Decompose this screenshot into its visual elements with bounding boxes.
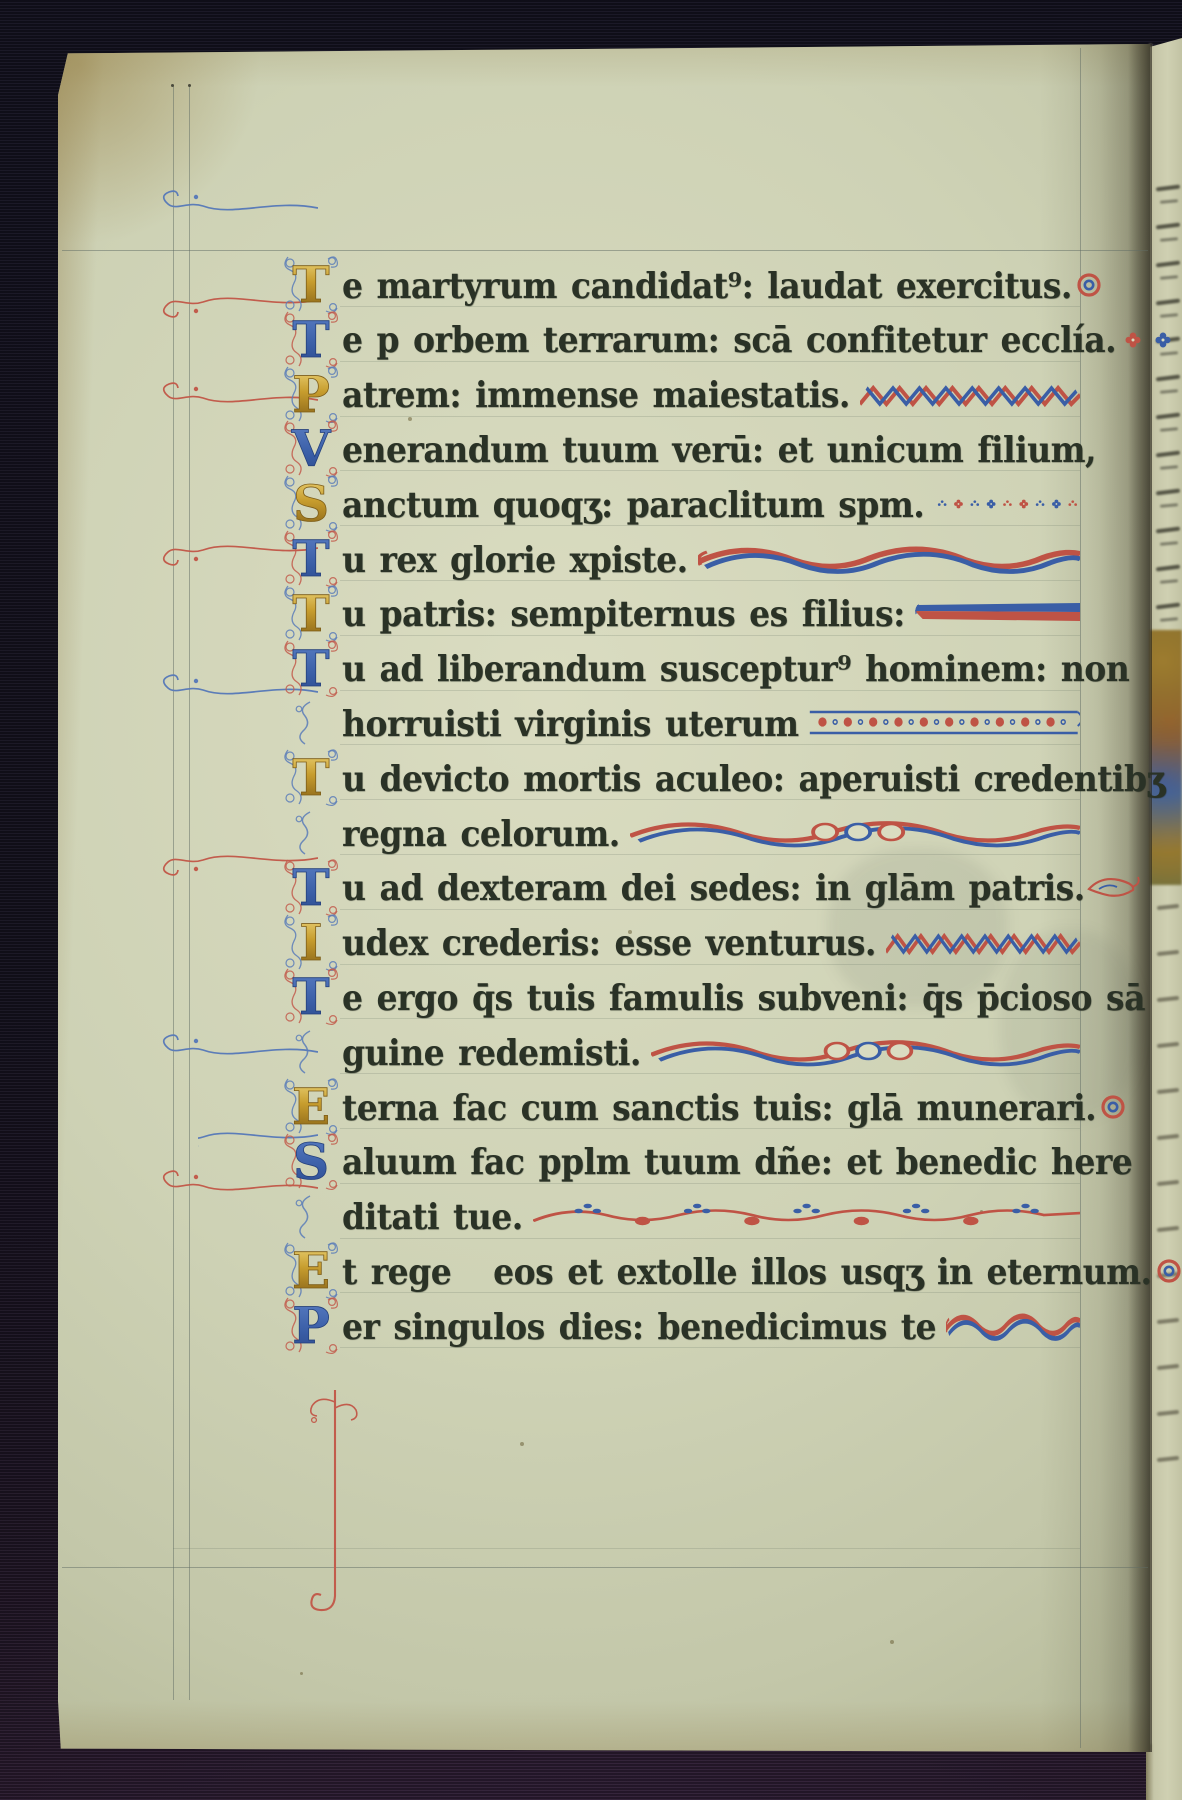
- text-line: udex crederis: esse venturus.: [342, 918, 1080, 968]
- illuminated-initial-letter: T: [292, 584, 329, 643]
- illuminated-initial-letter: S: [293, 1132, 329, 1191]
- line-filler-ring-ornament: [1096, 1091, 1132, 1123]
- illuminated-initial-letter: P: [292, 365, 330, 424]
- line-filler-flowers2-ornament: [1116, 324, 1182, 356]
- illuminated-initial-letter: E: [292, 1241, 330, 1300]
- ruling-line: [173, 86, 174, 1700]
- manuscript-text: guine redemisti.: [342, 1031, 641, 1073]
- manuscript-text: enerandum tuum verū: et unicum filium,: [342, 429, 1096, 471]
- illuminated-initial: P: [278, 1294, 344, 1358]
- line-filler-chevron-ornament: [860, 379, 1080, 411]
- illuminated-initial-letter: T: [292, 967, 329, 1026]
- line-filler-dotbar-ornament: [808, 707, 1080, 739]
- manuscript-text: terna fac cum sanctis tuis: glā munerari…: [342, 1086, 1096, 1128]
- marginal-flourish: [108, 1030, 318, 1074]
- manuscript-text: u patris: sempiternus es filius:: [342, 593, 905, 635]
- text-line: u patris: sempiternus es filius:: [342, 589, 1080, 639]
- manuscript-text: horruisti virginis uterum: [342, 703, 798, 745]
- stain-speck: [890, 1640, 894, 1644]
- text-line: ditati tue.: [342, 1192, 1080, 1242]
- line-filler-quatrow-ornament: [934, 488, 1080, 520]
- text-line: guine redemisti.: [342, 1027, 1080, 1077]
- line-filler-scrollrings-ornament: [651, 1036, 1080, 1068]
- marginal-flourish: [148, 186, 318, 230]
- illuminated-initial-letter: E: [292, 1077, 330, 1136]
- illuminated-initial-letter: T: [292, 529, 329, 588]
- illuminated-initial: T: [278, 746, 344, 810]
- line-filler-chevron-ornament: [886, 927, 1080, 959]
- text-line: anctum quoqʒ: paraclitum spm.: [342, 479, 1080, 529]
- stain-speck: [300, 1672, 303, 1675]
- line-filler-vine-ornament: [533, 1201, 1080, 1233]
- line-filler-scrollrings-ornament: [630, 817, 1080, 849]
- illuminated-initial: T: [278, 637, 344, 701]
- manuscript-text: er singulos dies: benedicimus te: [342, 1305, 936, 1347]
- penwork-bracket: [292, 810, 318, 860]
- ruling-line: [62, 250, 1148, 251]
- manuscript-text: anctum quoqʒ: paraclitum spm.: [342, 483, 924, 525]
- line-filler-bar-ornament: [915, 598, 1080, 630]
- penwork-bracket: [292, 1194, 318, 1244]
- manuscript-text: e p orbem terrarum: scā confitetur ecclí…: [342, 319, 1116, 361]
- illuminated-initial-letter: T: [292, 858, 329, 917]
- illuminated-initial: T: [278, 965, 344, 1029]
- illuminated-initial-letter: S: [293, 474, 329, 533]
- text-line: u ad liberandum susceptur⁹ hominem: non: [342, 644, 1080, 694]
- manuscript-text: u rex glorie xpiste.: [342, 538, 688, 580]
- text-line: atrem: immense maiestatis.: [342, 370, 1080, 420]
- manuscript-photo: T e martyrum candidat⁹: laudat exercitus…: [0, 0, 1182, 1800]
- manuscript-text: u ad dexteram dei sedes: in glām patris.: [342, 867, 1085, 909]
- line-filler-ring-ornament: [1072, 269, 1108, 301]
- ruling-line: [189, 86, 190, 1700]
- text-line: regna celorum.: [342, 808, 1080, 858]
- text-line: e ergo q̄s tuis famulis subveni: q̄s p̄c…: [342, 972, 1080, 1022]
- manuscript-text: udex crederis: esse venturus.: [342, 922, 876, 964]
- prick-mark: [188, 84, 191, 87]
- manuscript-text: t rege eos et extolle illos usqʒ in eter…: [342, 1251, 1152, 1293]
- text-line: enerandum tuum verū: et unicum filium,: [342, 424, 1080, 474]
- text-line: u rex glorie xpiste.: [342, 534, 1080, 584]
- manuscript-text: u devicto mortis aculeo: aperuisti crede…: [342, 757, 1165, 799]
- text-line: terna fac cum sanctis tuis: glā munerari…: [342, 1082, 1080, 1132]
- manuscript-text: e martyrum candidat⁹: laudat exercitus.: [342, 264, 1072, 306]
- text-line: er singulos dies: benedicimus te: [342, 1301, 1080, 1351]
- illuminated-initial-letter: T: [292, 639, 329, 698]
- ruling-line: [62, 1567, 1148, 1568]
- manuscript-text: e ergo q̄s tuis famulis subveni: q̄s p̄c…: [342, 977, 1145, 1019]
- illuminated-initial-letter: T: [292, 255, 329, 314]
- text-line: e martyrum candidat⁹: laudat exercitus.: [342, 260, 1080, 310]
- illuminated-initial: S: [278, 1130, 344, 1194]
- line-filler-ring-ornament: [1152, 1255, 1182, 1287]
- manuscript-text: aluum fac pplm tuum dñe: et benedic here: [342, 1141, 1132, 1183]
- prick-mark: [171, 84, 174, 87]
- penwork-bracket: [292, 700, 318, 750]
- penwork-bracket: [292, 1029, 318, 1079]
- text-line: u devicto mortis aculeo: aperuisti crede…: [342, 753, 1080, 803]
- manuscript-text: ditati tue.: [342, 1196, 523, 1238]
- line-filler-wave-ornament: [698, 543, 1080, 575]
- illuminated-initial-letter: T: [292, 310, 329, 369]
- line-filler-leaf-ornament: [1085, 872, 1145, 904]
- text-line: horruisti virginis uterum: [342, 698, 1080, 748]
- text-line: t rege eos et extolle illos usqʒ in eter…: [342, 1246, 1080, 1296]
- manuscript-text: regna celorum.: [342, 812, 620, 854]
- illuminated-initial-letter: I: [299, 913, 322, 972]
- initial-descender-flourish: [300, 1390, 372, 1628]
- text-line: aluum fac pplm tuum dñe: et benedic here: [342, 1137, 1080, 1187]
- stain-speck: [520, 1442, 524, 1446]
- manuscript-text: atrem: immense maiestatis.: [342, 374, 850, 416]
- illuminated-initial-letter: P: [292, 1296, 330, 1355]
- line-filler-wave-ornament: [946, 1310, 1080, 1342]
- illuminated-initial-letter: V: [291, 419, 332, 478]
- text-line: u ad dexteram dei sedes: in glām patris.: [342, 863, 1080, 913]
- text-line: e p orbem terrarum: scā confitetur ecclí…: [342, 315, 1080, 365]
- illuminated-initial-letter: T: [292, 748, 329, 807]
- manuscript-text: u ad liberandum susceptur⁹ hominem: non: [342, 648, 1129, 690]
